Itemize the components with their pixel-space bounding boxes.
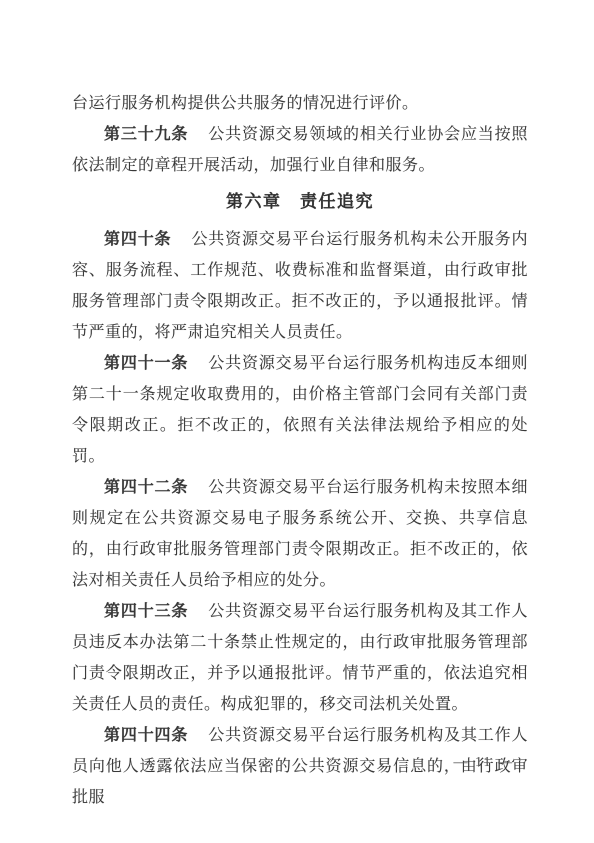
paragraph-continuation: 台运行服务机构提供公共服务的情况进行评价。: [72, 88, 528, 119]
article-paragraph-42: 第四十二条 公共资源交易平台运行服务机构未按照本细则规定在公共资源交易电子服务系…: [72, 472, 528, 596]
article-number: 第四十条: [104, 231, 171, 248]
article-number: 第四十一条: [104, 355, 188, 372]
article-number: 第四十四条: [104, 727, 188, 744]
article-paragraph-43: 第四十三条 公共资源交易平台运行服务机构及其工作人员违反本办法第二十条禁止性规定…: [72, 596, 528, 720]
article-paragraph-41: 第四十一条 公共资源交易平台运行服务机构违反本细则第二十一条规定收取费用的，由价…: [72, 348, 528, 472]
article-number: 第三十九条: [104, 126, 188, 143]
paragraph-text: 台运行服务机构提供公共服务的情况进行评价。: [72, 95, 419, 112]
document-page: 台运行服务机构提供公共服务的情况进行评价。 第三十九条 公共资源交易领域的相关行…: [0, 0, 594, 843]
page-number: — 11 —: [454, 755, 514, 771]
text-column: 台运行服务机构提供公共服务的情况进行评价。 第三十九条 公共资源交易领域的相关行…: [72, 88, 528, 813]
article-number: 第四十三条: [104, 603, 188, 620]
article-paragraph-40: 第四十条 公共资源交易平台运行服务机构未公开服务内容、服务流程、工作规范、收费标…: [72, 224, 528, 348]
chapter-heading: 第六章 责任追究: [72, 186, 528, 217]
article-number: 第四十二条: [104, 479, 188, 496]
article-paragraph-39: 第三十九条 公共资源交易领域的相关行业协会应当按照依法制定的章程开展活动，加强行…: [72, 119, 528, 181]
